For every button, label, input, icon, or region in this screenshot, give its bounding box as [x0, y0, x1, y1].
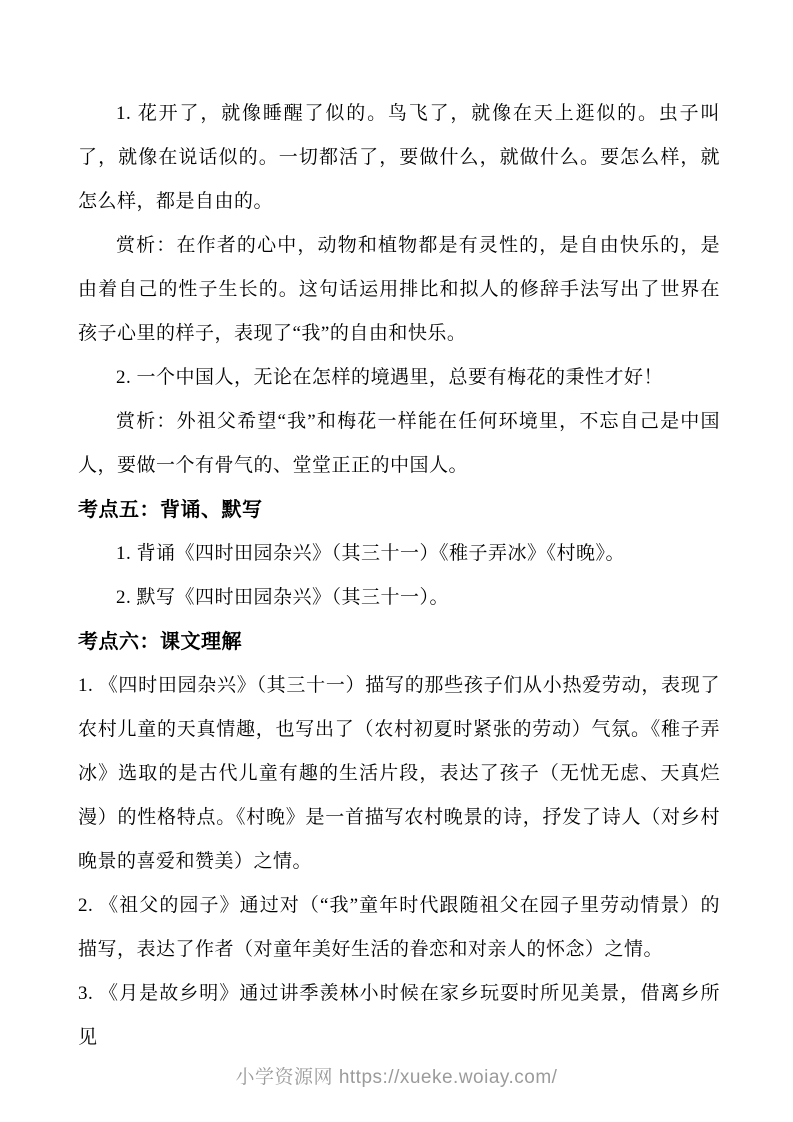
page-footer: 小学资源网 https://xueke.woiay.com/: [0, 1062, 793, 1089]
list-item-dictate: 2. 默写《四时田园杂兴》（其三十一）。: [78, 576, 720, 620]
document-content: 1. 花开了，就像睡醒了似的。鸟飞了，就像在天上逛似的。虫子叫了，就像在说话似的…: [78, 92, 720, 1060]
paragraph-excerpt-2: 2. 一个中国人，无论在怎样的境遇里，总要有梅花的秉性才好！: [78, 356, 720, 400]
paragraph-analysis-2: 赏析：外祖父希望“我”和梅花一样能在任何环境里，不忘自己是中国人，要做一个有骨气…: [78, 400, 720, 488]
paragraph-text-comprehension-1: 1. 《四时田园杂兴》（其三十一）描写的那些孩子们从小热爱劳动，表现了农村儿童的…: [78, 664, 720, 884]
section-heading-exam-point-6: 考点六：课文理解: [78, 620, 720, 664]
footer-site-name: 小学资源网: [236, 1067, 339, 1088]
paragraph-text-comprehension-3: 3. 《月是故乡明》通过讲季羡林小时候在家乡玩耍时所见美景，借离乡所见: [78, 972, 720, 1060]
document-page: 1. 花开了，就像睡醒了似的。鸟飞了，就像在天上逛似的。虫子叫了，就像在说话似的…: [0, 0, 793, 1122]
list-item-recite: 1. 背诵《四时田园杂兴》（其三十一）《稚子弄冰》《村晚》。: [78, 532, 720, 576]
section-heading-exam-point-5: 考点五：背诵、默写: [78, 488, 720, 532]
paragraph-text-comprehension-2: 2. 《祖父的园子》通过对（“我”童年时代跟随祖父在园子里劳动情景）的描写，表达…: [78, 884, 720, 972]
paragraph-excerpt-1: 1. 花开了，就像睡醒了似的。鸟飞了，就像在天上逛似的。虫子叫了，就像在说话似的…: [78, 92, 720, 224]
paragraph-analysis-1: 赏析：在作者的心中，动物和植物都是有灵性的，是自由快乐的，是由着自己的性子生长的…: [78, 224, 720, 356]
footer-url: https://xueke.woiay.com/: [339, 1067, 558, 1088]
